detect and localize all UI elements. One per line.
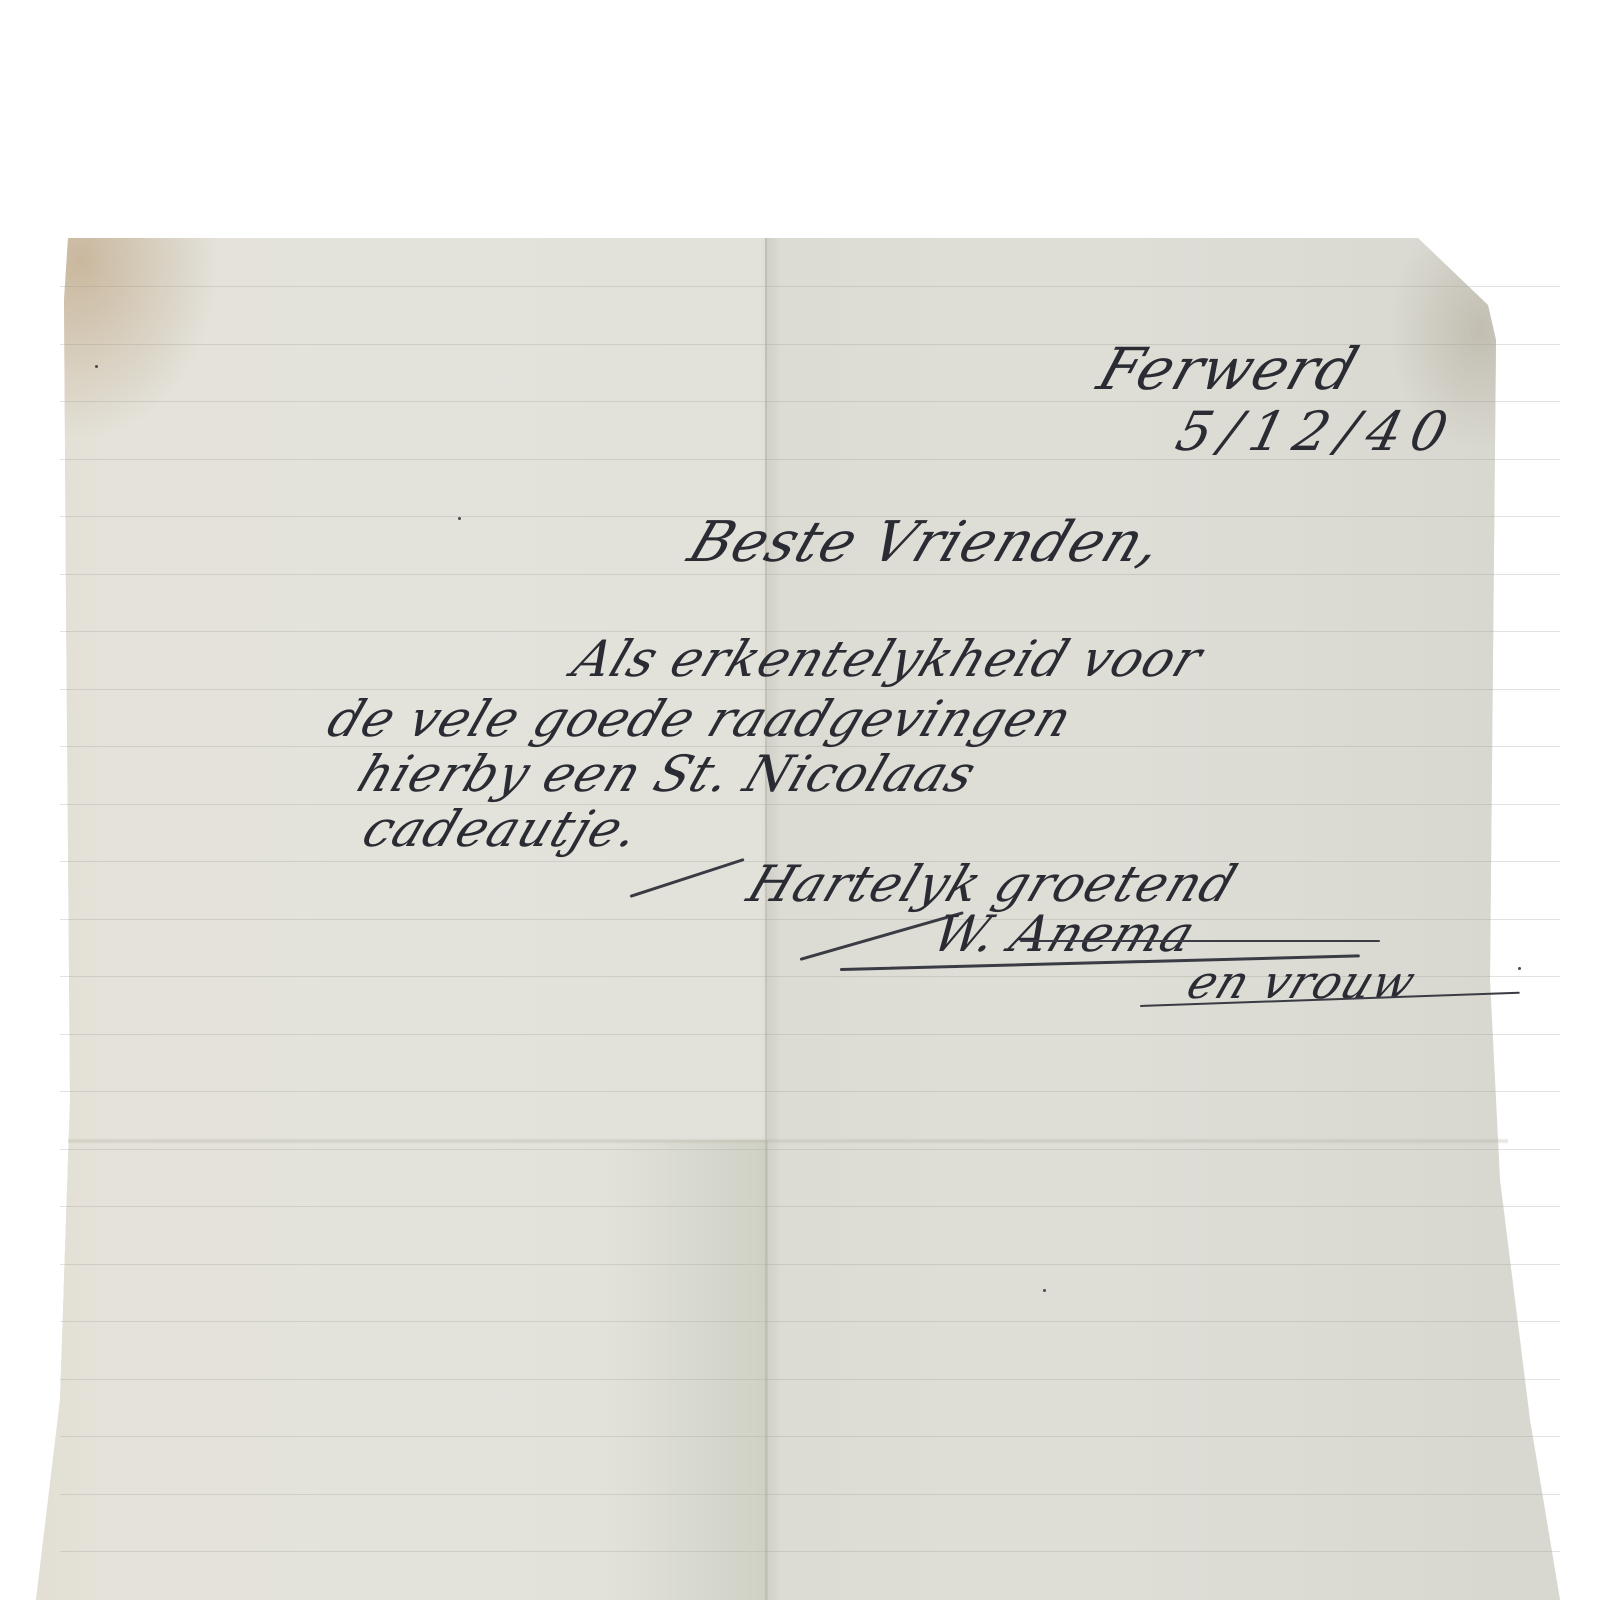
body-line: Als erkentelykheid voor [565, 630, 1211, 688]
ruled-line [60, 1264, 1560, 1265]
paper-speck [1043, 1289, 1046, 1292]
ruled-line [60, 1206, 1560, 1207]
ruled-line [60, 1034, 1560, 1035]
body-line: cadeautje. [355, 800, 649, 858]
ruled-line [60, 1091, 1560, 1092]
ruled-line [60, 804, 1560, 805]
ruled-line [60, 919, 1560, 920]
ruled-line [60, 1436, 1560, 1437]
body-line: hierby een St. Nicolaas [350, 745, 984, 803]
ruled-line [60, 286, 1560, 287]
signature-underline [1020, 940, 1380, 942]
body-line: de vele goede raadgevingen [320, 690, 1080, 748]
ruled-line [60, 1149, 1560, 1150]
paper-speck [458, 517, 461, 520]
ruled-line [60, 1551, 1560, 1552]
paper-speck [95, 365, 98, 368]
paper-speck [1518, 967, 1521, 970]
lower-fold-shade [600, 1140, 768, 1600]
letter-signature: W. Anema [925, 905, 1204, 963]
letter-salutation: Beste Vrienden, [680, 510, 1172, 575]
ruled-line [60, 1321, 1560, 1322]
ruled-line [60, 1494, 1560, 1495]
horizontal-fold-crease [68, 1138, 1508, 1144]
photo-stage: Ferwerd 5/12/40 Beste Vrienden, Als erke… [0, 0, 1600, 1600]
vertical-fold-shadow [767, 238, 781, 1600]
letter-date: 5/12/40 [1170, 400, 1464, 463]
letter-place: Ferwerd [1090, 335, 1367, 403]
ruled-line [60, 1379, 1560, 1380]
